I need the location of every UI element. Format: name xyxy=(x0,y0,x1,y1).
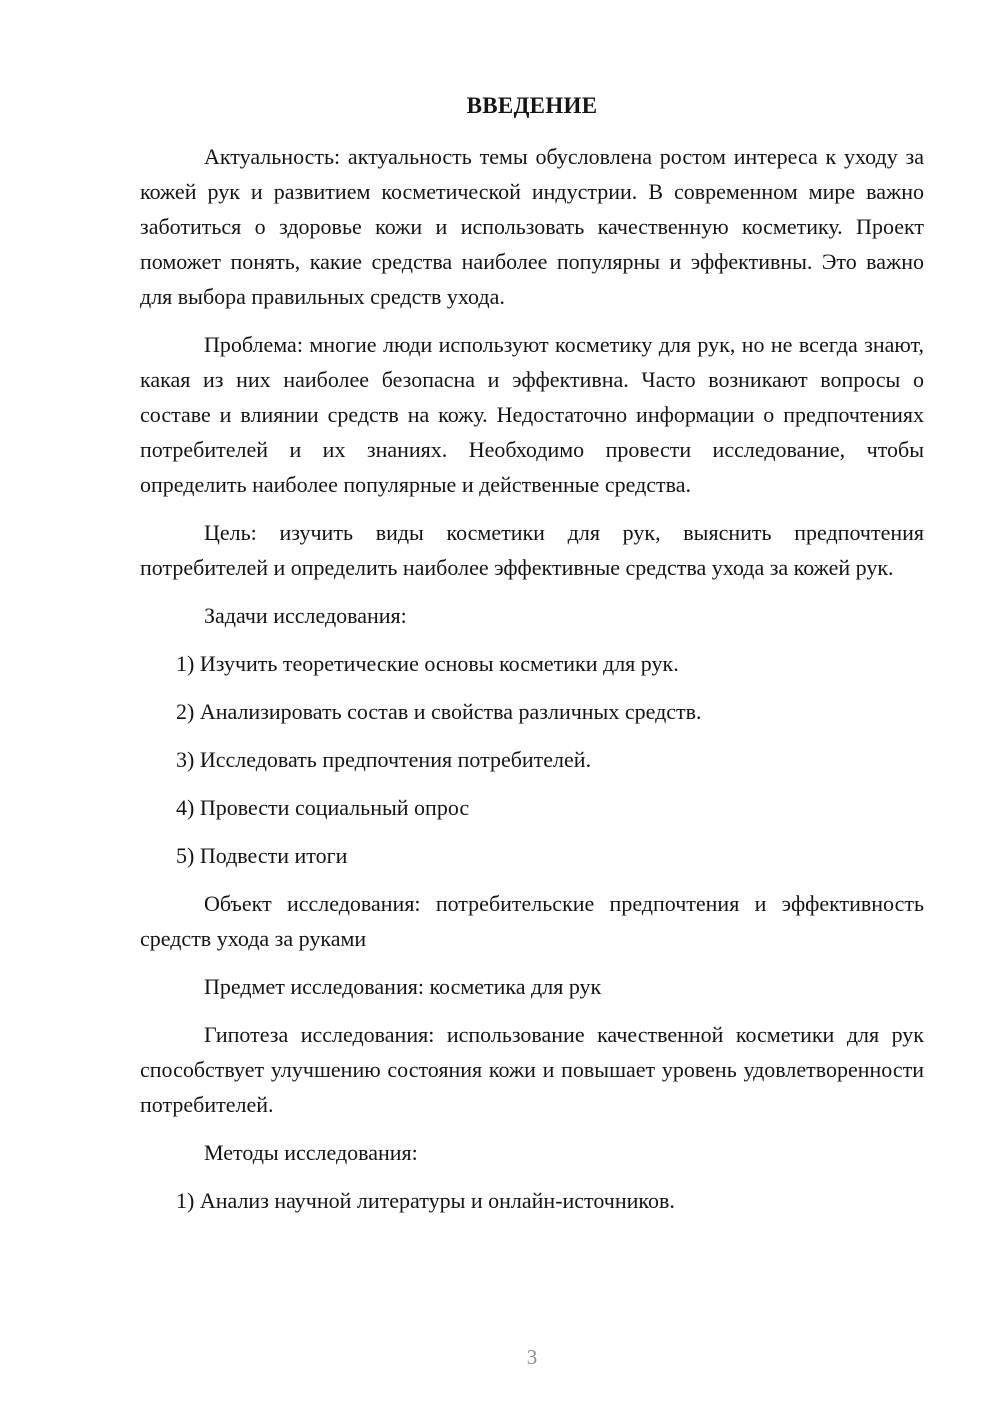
paragraph-problema: Проблема: многие люди используют космети… xyxy=(140,327,924,502)
paragraph-zadachi-heading: Задачи исследования: xyxy=(140,598,924,633)
list-item-task-2: 2) Анализировать состав и свойства разли… xyxy=(140,694,924,729)
list-item-task-3: 3) Исследовать предпочтения потребителей… xyxy=(140,742,924,777)
paragraph-aktualnost: Актуальность: актуальность темы обусловл… xyxy=(140,139,924,314)
list-item-task-4: 4) Провести социальный опрос xyxy=(140,790,924,825)
paragraph-predmet: Предмет исследования: косметика для рук xyxy=(140,969,924,1004)
document-page: ВВЕДЕНИЕ Актуальность: актуальность темы… xyxy=(0,0,1000,1414)
list-item-task-1: 1) Изучить теоретические основы косметик… xyxy=(140,646,924,681)
document-content: ВВЕДЕНИЕ Актуальность: актуальность темы… xyxy=(0,0,1000,1218)
list-item-task-5: 5) Подвести итоги xyxy=(140,838,924,873)
list-item-method-1: 1) Анализ научной литературы и онлайн-ис… xyxy=(140,1183,924,1218)
paragraph-metody-heading: Методы исследования: xyxy=(140,1135,924,1170)
paragraph-obekt: Объект исследования: потребительские пре… xyxy=(140,886,924,956)
document-title: ВВЕДЕНИЕ xyxy=(140,88,924,123)
paragraph-tsel: Цель: изучить виды косметики для рук, вы… xyxy=(140,515,924,585)
paragraph-gipoteza: Гипотеза исследования: использование кач… xyxy=(140,1017,924,1122)
page-number: 3 xyxy=(140,1347,924,1368)
